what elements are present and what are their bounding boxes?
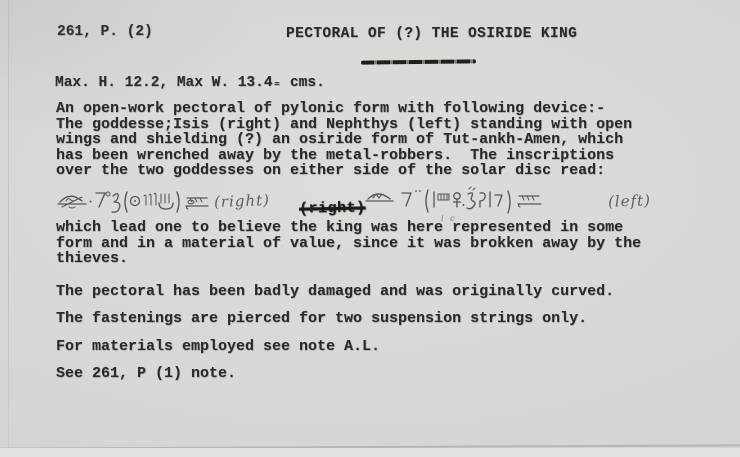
paragraph-belief: which lead one to believe the king was h… [56,220,641,267]
text-line: form and in a material of value, since i… [56,236,641,252]
object-ref-number: 261, P. (2) [57,24,153,40]
text-line: has been wrenched away by the metal-robb… [56,148,632,164]
text-line: The goddesse;Isis (right) and Nephthys (… [56,117,632,133]
scanned-record-card: 261, P. (2) PECTORAL OF (?) THE OSIRIDE … [0,0,740,457]
text-line: which lead one to believe the king was h… [56,220,641,236]
text-line: over the two goddesses on either side of… [56,163,632,179]
dimensions-line: Max. H. 12.2, Max W. 13.4₌ cms. [55,74,325,91]
card-left-edge [8,0,9,448]
text-line: thieves. [56,251,641,267]
text-line: wings and shielding (?) an osiride form … [56,132,632,148]
line-see-note: See 261, P (1) note. [56,365,236,382]
struck-right-label: (right) [299,199,366,217]
text-line: An open-work pectoral of pylonic form wi… [56,101,632,117]
hieroglyph-group-right-icon [57,189,215,217]
page-title: PECTORAL OF (?) THE OSIRIDE KING [286,26,577,42]
paper-lower-margin [0,448,740,457]
line-materials: For materials employed see note A.L. [56,338,380,355]
line-damaged: The pectoral has been badly damaged and … [56,283,614,300]
title-underline [361,59,476,64]
paragraph-device: An open-work pectoral of pylonic form wi… [56,101,632,179]
handwritten-right-label: (right) [214,191,271,211]
hieroglyph-group-left-icon [362,186,600,218]
line-fastenings: The fastenings are pierced for two suspe… [56,310,587,327]
handwritten-left-label: (left) [608,191,652,210]
